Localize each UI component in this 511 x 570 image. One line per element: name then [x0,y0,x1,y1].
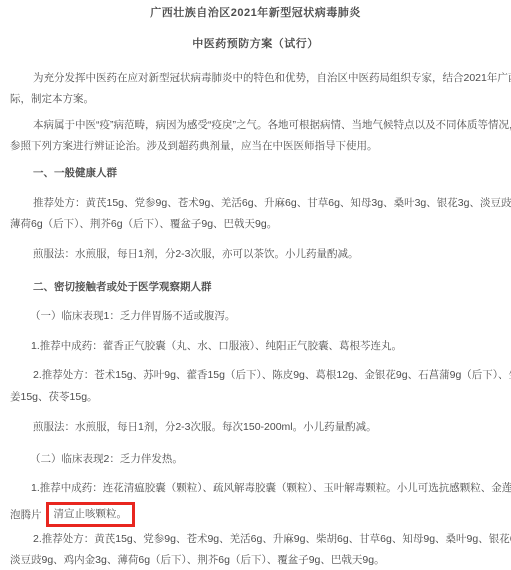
overview-paragraph-line-1: 本病属于中医“疫”病范畴，病因为感受“疫戾”之气。各地可根据病情、当地气候特点以… [33,118,511,133]
section2-sub2-prescription-line-2: 淡豆豉9g、鸡内金3g、薄荷6g（后下）、荆芥6g（后下）、覆盆子9g、巴戟天9… [10,553,385,568]
section2-sub1-patent-medicines: 1.推荐中成药：藿香正气胶囊（丸、水、口服液）、纯阳正气胶囊、葛根芩连丸。 [31,339,402,354]
intro-paragraph-line-2: 际，制定本方案。 [10,92,94,107]
section2-sub1-heading: （一）临床表现1：乏力伴胃肠不适或腹泻。 [30,309,235,324]
highlighted-medicine-text: 清宣止咳颗粒。 [54,508,128,520]
section1-usage: 煎服法：水煎服，每日1剂，分2-3次服，亦可以茶饮。小儿药量酌减。 [33,247,359,262]
section2-sub1-prescription-line-2: 姜15g、茯苓15g。 [10,390,98,405]
section2-sub1-prescription-line-1: 2.推荐处方：苍术15g、苏叶9g、藿香15g（后下）、陈皮9g、葛根12g、金… [33,368,511,383]
section1-prescription-line-2: 薄荷6g（后下）、荆芥6g（后下）、覆盆子9g、巴戟天9g。 [10,217,277,232]
overview-paragraph-line-2: 参照下列方案进行辨证论治。涉及到超药典剂量，应当在中医医师指导下使用。 [10,139,378,154]
section1-prescription-line-1: 推荐处方：黄芪15g、党参9g、苍术9g、羌活6g、升麻6g、甘草6g、知母3g… [33,196,511,211]
section2-sub2-prescription-line-1: 2.推荐处方：黄芪15g、党参9g、苍术9g、羌活6g、升麻9g、柴胡6g、甘草… [33,532,511,547]
section1-heading: 一、一般健康人群 [33,166,117,181]
document-title: 广西壮族自治区2021年新型冠状病毒肺炎 [0,6,511,21]
section2-sub1-usage: 煎服法：水煎服，每日1剂，分2-3次服。每次150-200ml。小儿药量酌减。 [33,420,377,435]
patent-line-2-plain-text: 泡腾片 [10,509,42,521]
document-subtitle: 中医药预防方案（试行） [0,37,511,52]
red-highlight-box: 清宣止咳颗粒。 [46,502,136,527]
document-page: 广西壮族自治区2021年新型冠状病毒肺炎 中医药预防方案（试行） 为充分发挥中医… [0,0,511,570]
section2-heading: 二、密切接触者或处于医学观察期人群 [33,280,212,295]
section2-sub2-patent-line-1: 1.推荐中成药：连花清瘟胶囊（颗粒）、疏风解毒胶囊（颗粒）、玉叶解毒颗粒。小儿可… [31,481,511,496]
intro-paragraph-line-1: 为充分发挥中医药在应对新型冠状病毒肺炎中的特色和优势，自治区中医药局组织专家，结… [33,71,511,86]
section2-sub2-heading: （二）临床表现2：乏力伴发热。 [30,452,183,467]
section2-sub2-patent-line-2: 泡腾片清宣止咳颗粒。 [10,503,135,528]
